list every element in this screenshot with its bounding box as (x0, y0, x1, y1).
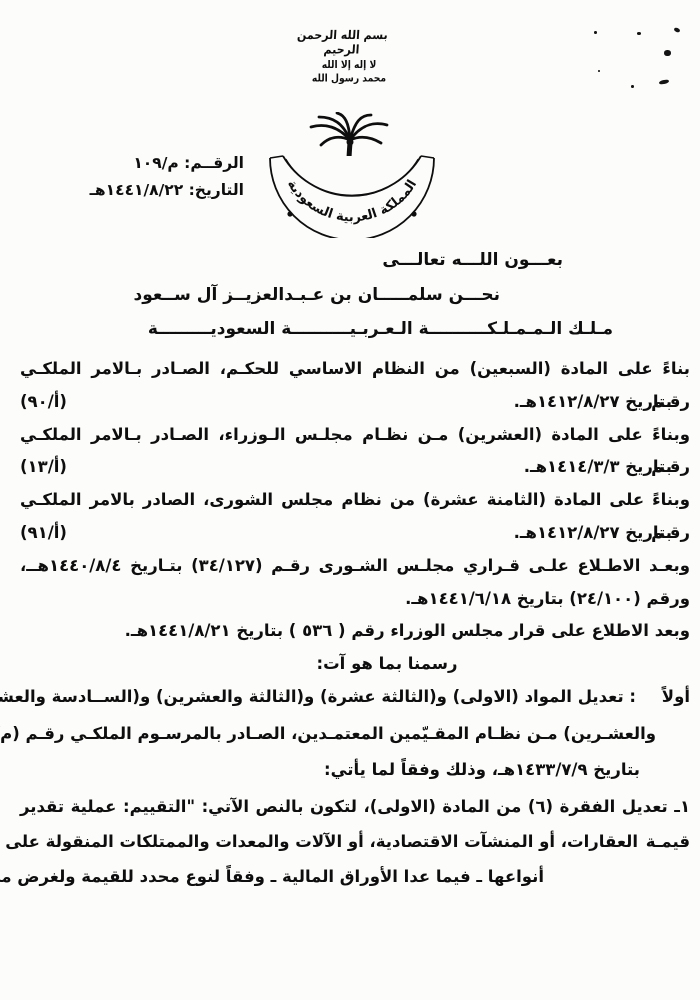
resolution-phrase: رسمنا بما هو آت: (84, 648, 690, 679)
ink-speck (664, 50, 671, 56)
shura-decisions-line1: وبعـد الاطـلاع علـى قـراري مجلـس الشـورى… (20, 550, 690, 583)
king-name-heading: نحـــن سلمـــــان بن عـبـدالعزيــز آل سـ… (134, 285, 501, 305)
royal-decree-page: بسم الله الرحمن الرحيم لا إله إلا الله م… (0, 0, 700, 1000)
basis-article70-line1: بناءً على المادة (السبعين) من النظام الا… (20, 353, 690, 386)
ink-speck (598, 70, 600, 72)
shahada-line-1: لا إله إلا الله (309, 59, 388, 72)
emblem-banner: المملكة العربية السعودية (270, 156, 434, 238)
clause-first-marker: أولاً (636, 679, 690, 716)
decree-body: بناءً على المادة (السبعين) من النظام الا… (20, 353, 690, 894)
item1-line1: ١ـ تعديل الفقرة (٦) من المادة (الاولى)، … (20, 789, 690, 824)
reference-block: الرقــم: م/١٠٩ التاريخ: ١٤٤١/٨/٢٢هـ (30, 150, 244, 204)
invocation-heading: بعـــون اللـــه تعالـــى (382, 250, 563, 270)
clause-first-line2: والعشـرين) مـن نظـام المقـيّمين المعتمـد… (20, 716, 690, 753)
clause-first-line1: أولاً : تعديل المواد (الاولى) و(الثالثة … (20, 679, 690, 716)
cabinet-decision-line: وبعد الاطلاع على قرار مجلس الوزراء رقم (… (20, 615, 690, 648)
ink-speck (631, 85, 634, 88)
item1-line3: أنواعها ـ فيما عدا الأوراق المالية ـ وفق… (20, 859, 690, 894)
shahada-line-2: محمد رسول الله (309, 73, 388, 86)
king-title-heading: مـلـك الـمـمـلـكــــــــــة الـعـربـيـــ… (148, 319, 613, 339)
ink-speck (673, 27, 680, 33)
clause-first-text: : تعديل المواد (الاولى) و(الثالثة عشرة) … (0, 679, 636, 716)
basis-article20-line1: وبناءً على المادة (العشرين) مـن نظـام مج… (20, 419, 690, 452)
bismillah-calligraphy: بسم الله الرحمن الرحيم (279, 28, 404, 57)
basis-article18-line1: وبناءً على المادة (الثامنة عشرة) من نظام… (20, 484, 690, 517)
clause-first-line3: بتاريخ ١٤٣٣/٧/٩هـ، وذلك وفقاً لما يأتي: (20, 752, 690, 789)
decree-number: الرقــم: م/١٠٩ (30, 150, 244, 177)
decree-date: التاريخ: ١٤٤١/٨/٢٢هـ (30, 177, 244, 204)
item1-line2: العقارات، أو المنشآت الاقتصادية، أو الآل… (20, 824, 690, 859)
shahada-calligraphy: لا إله إلا الله محمد رسول الله (309, 59, 388, 85)
ink-speck (637, 32, 641, 35)
shura-decisions-line2: ورقم (٢٤/١٠٠) بتاريخ ١٤٤١/٦/١٨هـ. (20, 583, 690, 616)
saudi-emblem: المملكة العربية السعودية (266, 112, 438, 238)
ink-speck (659, 79, 670, 85)
ink-speck (594, 31, 597, 34)
